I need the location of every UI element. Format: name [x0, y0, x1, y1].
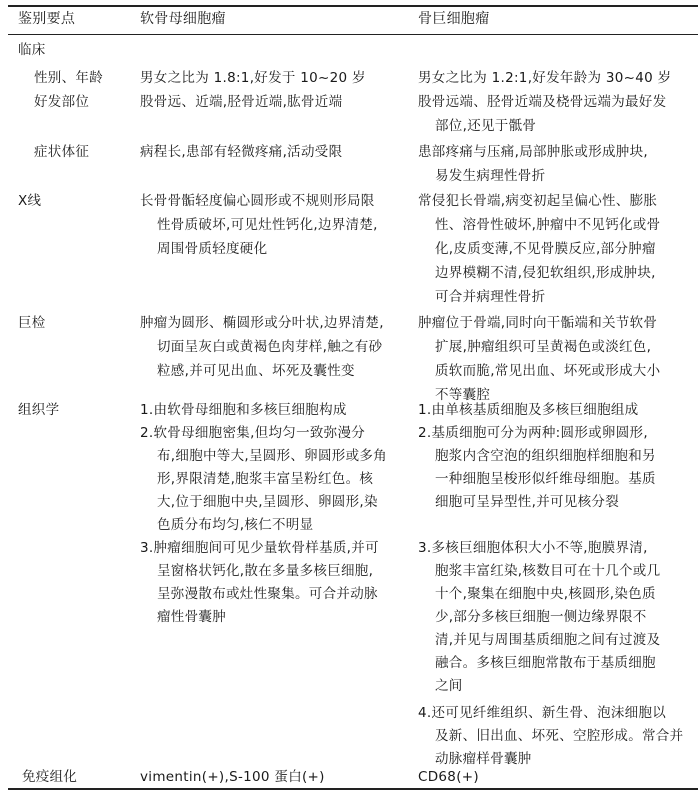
cell-text: 男女之比为 1.8:1,好发于 10~20 岁 — [140, 69, 366, 87]
header-criteria: 鉴别要点 — [18, 10, 75, 28]
cell-text: 质软而脆,常见出血、坏死或形成大小 — [435, 362, 660, 380]
cell-text: 细胞可呈异型性,并可见核分裂 — [435, 493, 619, 511]
cell-text: CD68(+) — [418, 768, 479, 786]
section-label-clinical: 临床 — [18, 41, 46, 59]
cell-text: 之间 — [435, 677, 463, 695]
cell-text: 2.基质细胞可分为两种:圆形或卵圆形, — [418, 424, 648, 442]
top-rule — [8, 5, 698, 7]
cell-text: 易发生病理性骨折 — [435, 167, 545, 185]
cell-text: 3.多核巨细胞体积大小不等,胞膜界清, — [418, 539, 648, 557]
row-label-ihc: 免疫组化 — [22, 768, 77, 786]
cell-text: 性、溶骨性破坏,肿瘤中不见钙化或骨 — [435, 216, 660, 234]
cell-text: 形,界限清楚,胞浆丰富呈粉红色。核 — [157, 470, 373, 488]
cell-text: 化,皮质变薄,不见骨膜反应,部分肿瘤 — [435, 240, 656, 258]
cell-text: 动脉瘤样骨囊肿 — [435, 750, 532, 768]
cell-text: 肿瘤位于骨端,同时向干骺端和关节软骨 — [418, 314, 657, 332]
row-label-symptoms: 症状体征 — [34, 143, 89, 161]
cell-text: 切面呈灰白或黄褐色肉芽样,触之有砂 — [157, 338, 382, 356]
cell-text: 患部疼痛与压痛,局部肿胀或形成肿块, — [418, 143, 648, 161]
cell-text: 十个,聚集在细胞中央,核圆形,染色质 — [435, 585, 656, 603]
cell-text: 1.由单核基质细胞及多核巨细胞组成 — [418, 401, 638, 419]
cell-text: 边界模糊不清,侵犯软组织,形成肿块, — [435, 264, 656, 282]
cell-text: 长骨骨骺轻度偏心圆形或不规则形局限 — [140, 192, 375, 210]
row-label-sex-age: 性别、年龄 — [34, 69, 103, 87]
cell-text: 股骨远端、胫骨近端及桡骨远端为最好发 — [418, 93, 666, 111]
row-label-xray: X线 — [18, 192, 41, 210]
cell-text: 男女之比为 1.2:1,好发年龄为 30~40 岁 — [418, 69, 671, 87]
cell-text: 4.还可见纤维组织、新生骨、泡沫细胞以 — [418, 704, 666, 722]
cell-text: vimentin(+),S-100 蛋白(+) — [140, 768, 325, 786]
cell-text: 瘤性骨囊肿 — [157, 608, 226, 626]
cell-text: 胞浆内含空泡的组织细胞样细胞和另 — [435, 447, 656, 465]
header-giant-cell-tumor: 骨巨细胞瘤 — [418, 10, 490, 28]
cell-text: 扩展,肿瘤组织可呈黄褐色或淡红色, — [435, 338, 651, 356]
cell-text: 清,并见与周围基质细胞之间有过渡及 — [435, 631, 660, 649]
cell-text: 病程长,患部有轻微疼痛,活动受限 — [140, 143, 342, 161]
cell-text: 布,细胞中等大,呈圆形、卵圆形或多角 — [157, 447, 387, 465]
cell-text: 可合并病理性骨折 — [435, 288, 545, 306]
cell-text: 3.肿瘤细胞间可见少量软骨样基质,并可 — [140, 539, 379, 557]
cell-text: 一种细胞呈梭形似纤维母细胞。基质 — [435, 470, 656, 488]
cell-text: 少,部分多核巨细胞一侧边缘界限不 — [435, 608, 647, 626]
cell-text: 周围骨质轻度硬化 — [157, 240, 267, 258]
cell-text: 股骨远、近端,胫骨近端,肱骨近端 — [140, 93, 342, 111]
cell-text: 性骨质破坏,可见灶性钙化,边界清楚, — [157, 216, 378, 234]
row-label-histology: 组织学 — [18, 401, 59, 419]
bottom-rule — [8, 788, 698, 790]
cell-text: 胞浆丰富红染,核数目可在十几个或几 — [435, 562, 660, 580]
cell-text: 肿瘤为圆形、椭圆形或分叶状,边界清楚, — [140, 314, 384, 332]
row-label-gross: 巨检 — [18, 314, 46, 332]
header-rule — [8, 34, 698, 35]
cell-text: 及新、旧出血、坏死、空腔形成。常合并 — [435, 727, 683, 745]
cell-text: 融合。多核巨细胞常散布于基质细胞 — [435, 654, 656, 672]
cell-text: 1.由软骨母细胞和多核巨细胞构成 — [140, 401, 347, 419]
cell-text: 呈弥漫散布或灶性聚集。可合并动脉 — [157, 585, 378, 603]
cell-text: 2.软骨母细胞密集,但均匀一致弥漫分 — [140, 424, 365, 442]
row-label-predilection-site: 好发部位 — [34, 93, 89, 111]
cell-text: 呈窗格状钙化,散在多量多核巨细胞, — [157, 562, 373, 580]
cell-text: 常侵犯长骨端,病变初起呈偏心性、膨胀 — [418, 192, 657, 210]
cell-text: 粒感,并可见出血、坏死及囊性变 — [157, 362, 355, 380]
cell-text: 大,位于细胞中央,呈圆形、卵圆形,染 — [157, 493, 378, 511]
cell-text: 部位,还见于骶骨 — [435, 117, 536, 135]
header-chondroblastoma: 软骨母细胞瘤 — [140, 10, 226, 28]
cell-text: 色质分布均匀,核仁不明显 — [157, 516, 313, 534]
